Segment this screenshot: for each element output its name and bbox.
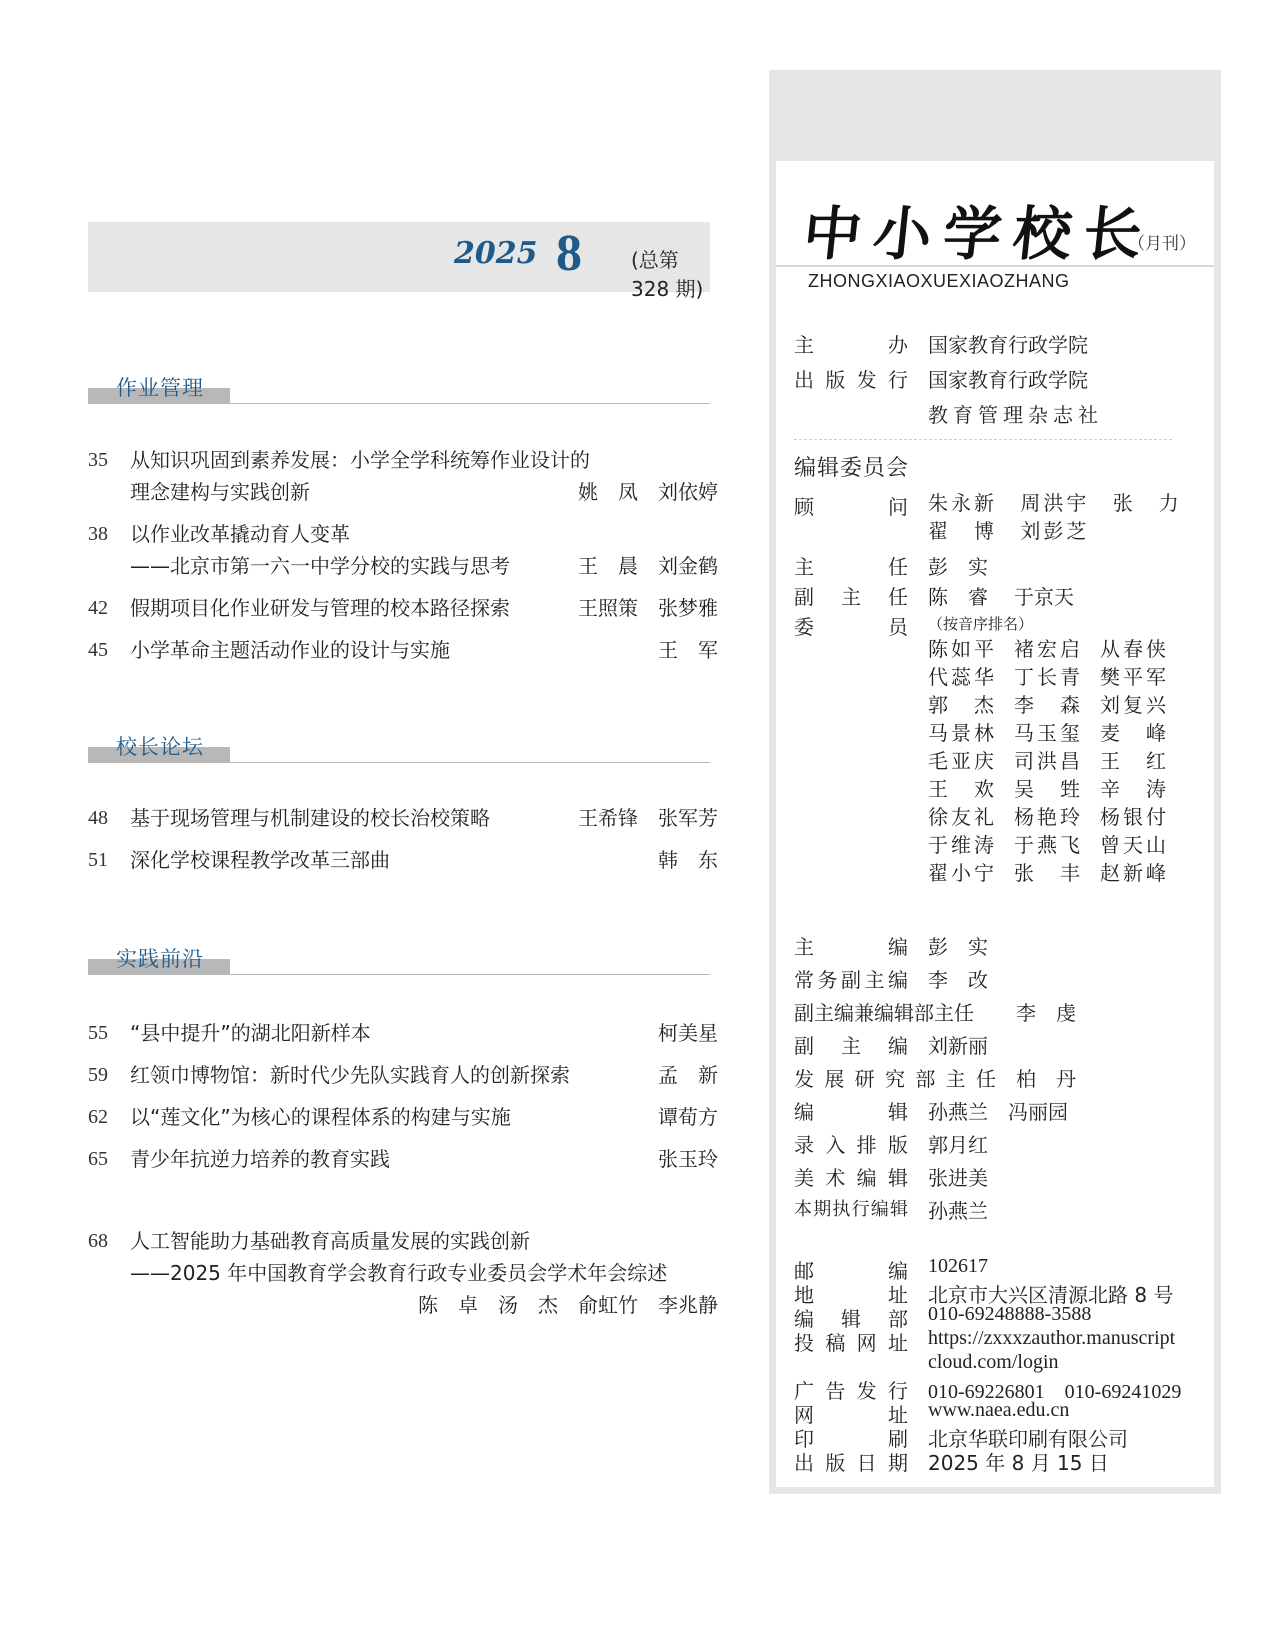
section-rule <box>230 403 710 404</box>
issue-banner: 2025 8 (总第 328 期) <box>88 222 710 292</box>
staff-label: 本期执行编辑 <box>794 1195 908 1221</box>
staff-label: 主编 <box>794 931 908 960</box>
dashed-divider <box>794 439 1172 440</box>
toc-title[interactable]: “县中提升”的湖北阳新样本 <box>130 1017 371 1049</box>
member-name: 丁长青 <box>1014 663 1080 691</box>
staff-label: 副主编兼编辑部主任 <box>794 997 974 1026</box>
advisor-name: 张 力 <box>1113 489 1179 517</box>
section-header-homework: 作业管理 <box>88 374 710 404</box>
toc-entry[interactable]: 51 深化学校课程教学改革三部曲 韩 东 <box>88 844 718 876</box>
member-name: 陈如平 <box>928 635 994 663</box>
sponsor-label: 主办 <box>794 329 908 358</box>
advisor-name: 翟 博 <box>928 517 994 545</box>
toc-page-number: 51 <box>88 844 128 876</box>
section-title: 实践前沿 <box>116 943 204 973</box>
toc-page-number: 59 <box>88 1059 128 1091</box>
toc-title-continued: 理念建构与实践创新 <box>130 476 310 508</box>
section-rule <box>230 762 710 763</box>
submission-url[interactable]: https://zxxxzauthor.manuscript <box>928 1327 1175 1350</box>
toc-page-number: 38 <box>88 518 128 550</box>
section-title: 校长论坛 <box>116 731 204 761</box>
toc-title[interactable]: 假期项目化作业研发与管理的校本路径探索 <box>130 592 510 624</box>
staff-value: 李 虔 <box>1016 997 1076 1026</box>
toc-title[interactable]: 以作业改革撬动育人变革 <box>130 518 350 550</box>
toc-authors: 柯美星 <box>658 1017 718 1049</box>
toc-authors: 王 晨 刘金鹤 <box>578 550 718 582</box>
member-name: 杨银付 <box>1100 803 1166 831</box>
journal-frequency: （月刊） <box>1128 229 1196 254</box>
staff-value: 李 改 <box>928 964 988 993</box>
member-name: 于燕飞 <box>1014 831 1080 859</box>
toc-title[interactable]: 人工智能助力基础教育高质量发展的实践创新 <box>130 1225 530 1257</box>
director-value: 彭 实 <box>928 551 988 580</box>
staff-value: 郭月红 <box>928 1129 988 1158</box>
members-label: 委员 <box>794 611 908 640</box>
staff-value: 孙燕兰 冯丽园 <box>928 1096 1068 1125</box>
toc-entry[interactable]: 38 以作业改革撬动育人变革 ——北京市第一六一中学分校的实践与思考 王 晨 刘… <box>88 518 718 582</box>
toc-subtitle: ——2025 年中国教育学会教育行政专业委员会学术年会综述 <box>130 1257 667 1289</box>
issue-month: 8 <box>556 224 582 283</box>
toc-page-number: 35 <box>88 444 128 476</box>
toc-authors: 孟 新 <box>658 1059 718 1091</box>
member-name: 翟小宁 <box>928 859 994 887</box>
toc-entry[interactable]: 48 基于现场管理与机制建设的校长治校策略 王希锋 张军芳 <box>88 802 718 834</box>
advisor-name: 朱永新 <box>928 489 994 517</box>
toc-title[interactable]: 红领巾博物馆：新时代少先队实践育人的创新探索 <box>130 1059 570 1091</box>
member-name: 王 欢 <box>928 775 994 803</box>
toc-authors: 王 军 <box>658 634 718 666</box>
staff-label: 常务副主编 <box>794 964 908 993</box>
advisor-name: 周洪宇 <box>1020 489 1086 517</box>
staff-label: 录入排版 <box>794 1129 908 1158</box>
toc-title[interactable]: 深化学校课程教学改革三部曲 <box>130 844 390 876</box>
toc-authors: 姚 凤 刘依婷 <box>578 476 718 508</box>
toc-title[interactable]: 青少年抗逆力培养的教育实践 <box>130 1143 390 1175</box>
member-name: 曾天山 <box>1100 831 1166 859</box>
staff-label: 美术编辑 <box>794 1162 908 1191</box>
masthead-divider <box>776 265 1214 267</box>
member-name: 杨艳玲 <box>1014 803 1080 831</box>
toc-entry[interactable]: 45 小学革命主题活动作业的设计与实施 王 军 <box>88 634 718 666</box>
advisors-names: 朱永新 周洪宇 张 力 翟 博 刘彭芝 <box>928 489 1179 545</box>
member-name: 毛亚庆 <box>928 747 994 775</box>
toc-page-number: 55 <box>88 1017 128 1049</box>
toc-subtitle: ——北京市第一六一中学分校的实践与思考 <box>130 550 510 582</box>
contact-value[interactable]: 010-69248888-3588 <box>928 1303 1091 1326</box>
toc-title[interactable]: 基于现场管理与机制建设的校长治校策略 <box>130 802 490 834</box>
journal-pinyin: ZHONGXIAOXUEXIAOZHANG <box>808 271 1070 292</box>
staff-value: 刘新丽 <box>928 1030 988 1059</box>
toc-title[interactable]: 从知识巩固到素养发展：小学全学科统筹作业设计的 <box>130 444 590 476</box>
member-name: 郭 杰 <box>928 691 994 719</box>
member-name: 李 森 <box>1014 691 1080 719</box>
toc-entry[interactable]: 59 红领巾博物馆：新时代少先队实践育人的创新探索 孟 新 <box>88 1059 718 1091</box>
advisors-label: 顾问 <box>794 491 908 520</box>
member-name: 代蕊华 <box>928 663 994 691</box>
member-name: 徐友礼 <box>928 803 994 831</box>
advisor-name: 刘彭芝 <box>1020 517 1086 545</box>
website-link[interactable]: www.naea.edu.cn <box>928 1399 1069 1422</box>
contact-label: 出版日期 <box>794 1447 908 1476</box>
section-header-principal-forum: 校长论坛 <box>88 733 710 763</box>
member-name: 从春侠 <box>1100 635 1166 663</box>
contact-label: 投稿网址 <box>794 1327 908 1356</box>
toc-page-number: 65 <box>88 1143 128 1175</box>
toc-entry[interactable]: 42 假期项目化作业研发与管理的校本路径探索 王照策 张梦雅 <box>88 592 718 624</box>
toc-authors: 王照策 张梦雅 <box>578 592 718 624</box>
toc-entry[interactable]: 55 “县中提升”的湖北阳新样本 柯美星 <box>88 1017 718 1049</box>
issue-total-number: (总第 328 期) <box>631 244 710 302</box>
toc-page-number: 42 <box>88 592 128 624</box>
toc-entry[interactable]: 68 人工智能助力基础教育高质量发展的实践创新 ——2025 年中国教育学会教育… <box>88 1225 718 1321</box>
member-name: 赵新峰 <box>1100 859 1166 887</box>
toc-title[interactable]: 小学革命主题活动作业的设计与实施 <box>130 634 450 666</box>
member-name: 吴 甡 <box>1014 775 1080 803</box>
toc-page-number: 45 <box>88 634 128 666</box>
publish-date: 2025 年 8 月 15 日 <box>928 1447 1109 1476</box>
staff-value: 张进美 <box>928 1162 988 1191</box>
toc-authors: 陈 卓 汤 杰 俞虹竹 李兆静 <box>418 1289 718 1321</box>
deputy-director-2: 于京天 <box>1014 581 1074 610</box>
masthead-card: 中小学校长 （月刊） ZHONGXIAOXUEXIAOZHANG 主办 国家教育… <box>776 161 1214 1487</box>
sponsor-value: 国家教育行政学院 <box>928 329 1088 358</box>
member-name: 司洪昌 <box>1014 747 1080 775</box>
staff-value: 彭 实 <box>928 931 988 960</box>
staff-value: 柏 丹 <box>1016 1063 1076 1092</box>
toc-entry[interactable]: 65 青少年抗逆力培养的教育实践 张玉玲 <box>88 1143 718 1175</box>
journal-logo: 中小学校长 <box>800 187 1159 271</box>
member-name: 王 红 <box>1100 747 1166 775</box>
member-name: 刘复兴 <box>1100 691 1166 719</box>
member-name: 樊平军 <box>1100 663 1166 691</box>
publisher-label: 出版发行 <box>794 364 908 393</box>
toc-title[interactable]: 以“莲文化”为核心的课程体系的构建与实施 <box>130 1101 511 1133</box>
toc-page-number: 68 <box>88 1225 128 1257</box>
issue-year: 2025 <box>454 236 538 271</box>
toc-authors: 韩 东 <box>658 844 718 876</box>
staff-label: 编辑 <box>794 1096 908 1125</box>
member-name: 于维涛 <box>928 831 994 859</box>
toc-page-number: 48 <box>88 802 128 834</box>
members-names: 陈如平褚宏启从春侠 代蕊华丁长青樊平军 郭 杰李 森刘复兴 马景林马玉玺麦 峰 … <box>928 635 1166 887</box>
committee-title: 编辑委员会 <box>794 451 909 482</box>
member-name: 麦 峰 <box>1100 719 1166 747</box>
member-name: 辛 涛 <box>1100 775 1166 803</box>
member-name: 褚宏启 <box>1014 635 1080 663</box>
publisher-value-2: 教育管理杂志社 <box>928 399 1103 428</box>
member-name: 张 丰 <box>1014 859 1080 887</box>
members-note: （按音序排名） <box>928 613 1033 634</box>
toc-authors: 张玉玲 <box>658 1143 718 1175</box>
director-label: 主任 <box>794 551 908 580</box>
contact-value: 102617 <box>928 1255 988 1278</box>
staff-label: 发展研究部主任 <box>794 1063 996 1092</box>
submission-url-continued[interactable]: cloud.com/login <box>928 1351 1059 1374</box>
toc-authors: 王希锋 张军芳 <box>578 802 718 834</box>
deputy-director-label: 副主任 <box>794 581 908 610</box>
section-header-practice-frontier: 实践前沿 <box>88 945 710 975</box>
section-title: 作业管理 <box>116 372 204 402</box>
toc-entry[interactable]: 62 以“莲文化”为核心的课程体系的构建与实施 谭荀方 <box>88 1101 718 1133</box>
toc-authors: 谭荀方 <box>658 1101 718 1133</box>
member-name: 马玉玺 <box>1014 719 1080 747</box>
deputy-director-1: 陈 睿 <box>928 581 988 610</box>
toc-entry[interactable]: 35 从知识巩固到素养发展：小学全学科统筹作业设计的 理念建构与实践创新 姚 凤… <box>88 444 718 508</box>
staff-label: 副主编 <box>794 1030 908 1059</box>
member-name: 马景林 <box>928 719 994 747</box>
publisher-value: 国家教育行政学院 <box>928 364 1088 393</box>
staff-value: 孙燕兰 <box>928 1195 988 1224</box>
toc-page-number: 62 <box>88 1101 128 1133</box>
section-rule <box>230 974 710 975</box>
